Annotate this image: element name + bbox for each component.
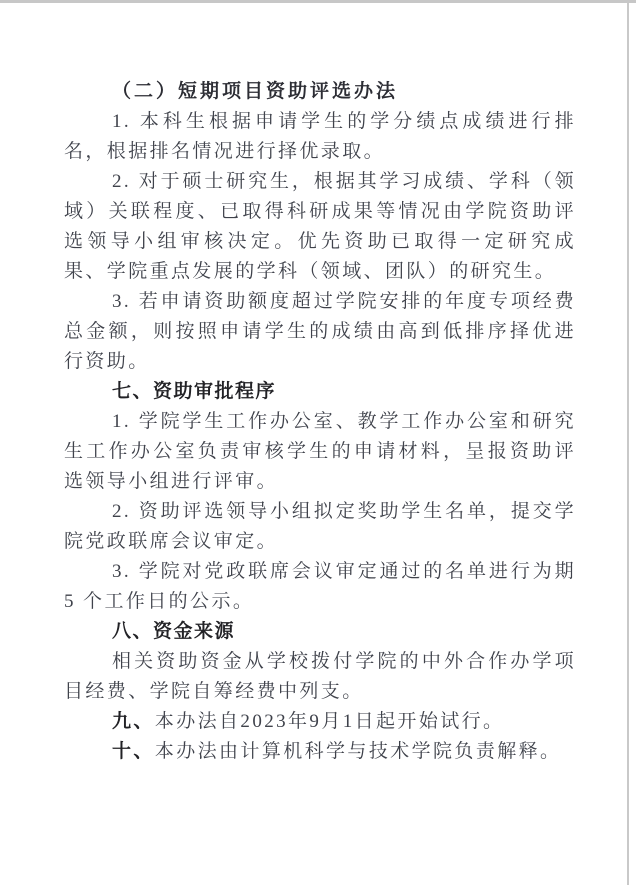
paragraph-funding-source: 相关资助资金从学校拨付学院的中外合作办学项目经费、学院自筹经费中列支。 bbox=[64, 647, 576, 707]
section-heading-funding-source: 八、资金来源 bbox=[64, 617, 576, 647]
paragraph-effective-date: 九、本办法自2023年9月1日起开始试行。 bbox=[64, 707, 576, 737]
paragraph-publicity-period: 3. 学院对党政联席会议审定通过的名单进行为期 5 个工作日的公示。 bbox=[64, 557, 576, 617]
paragraph-office-review: 1. 学院学生工作办公室、教学工作办公室和研究生工作办公室负责审核学生的申请材料… bbox=[64, 407, 576, 497]
paragraph-master-rule: 2. 对于硕士研究生，根据其学习成绩、学科（领域）关联程度、已取得科研成果等情况… bbox=[64, 167, 576, 287]
item-text-interpretation: 本办法由计算机科学与技术学院负责解释。 bbox=[155, 741, 562, 762]
document-body: （二）短期项目资助评选办法 1. 本科生根据申请学生的学分绩点成绩进行排名，根据… bbox=[64, 77, 576, 767]
paragraph-budget-rule: 3. 若申请资助额度超过学院安排的年度专项经费总金额，则按照申请学生的成绩由高到… bbox=[64, 287, 576, 377]
paragraph-group-list: 2. 资助评选领导小组拟定奖助学生名单，提交学院党政联席会议审定。 bbox=[64, 497, 576, 557]
item-number-nine: 九、 bbox=[112, 711, 155, 732]
document-page: （二）短期项目资助评选办法 1. 本科生根据申请学生的学分绩点成绩进行排名，根据… bbox=[0, 0, 636, 885]
page-right-rule bbox=[627, 3, 629, 885]
paragraph-undergrad-rule: 1. 本科生根据申请学生的学分绩点成绩进行排名，根据排名情况进行择优录取。 bbox=[64, 107, 576, 167]
subsection-heading: （二）短期项目资助评选办法 bbox=[64, 77, 576, 107]
item-text-effective-date: 本办法自2023年9月1日起开始试行。 bbox=[155, 711, 505, 732]
section-heading-approval-procedure: 七、资助审批程序 bbox=[64, 377, 576, 407]
item-number-ten: 十、 bbox=[112, 741, 155, 762]
paragraph-interpretation: 十、本办法由计算机科学与技术学院负责解释。 bbox=[64, 737, 576, 767]
